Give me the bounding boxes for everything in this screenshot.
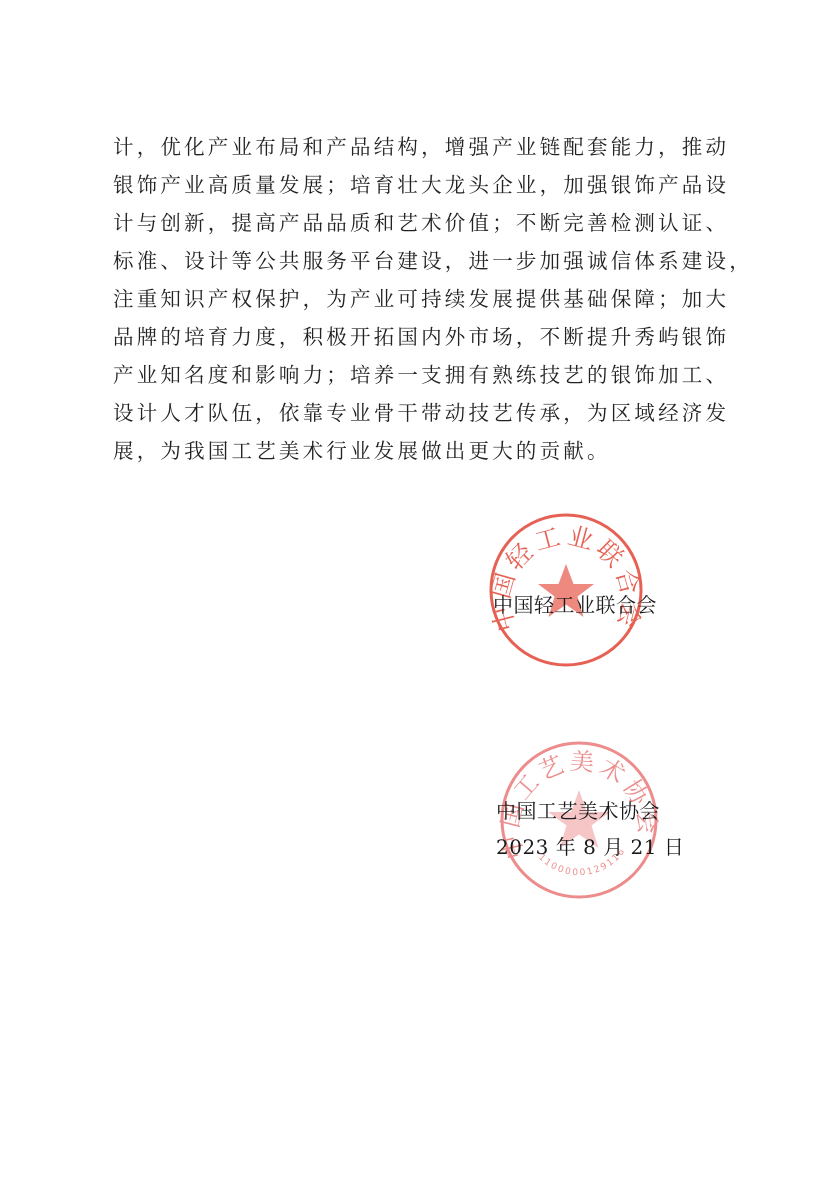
paragraph-line: 计，优化产业布局和产品结构，增强产业链配套能力，推动 — [113, 128, 733, 166]
document-page: 计，优化产业布局和产品结构，增强产业链配套能力，推动 银饰产业高质量发展；培育壮… — [0, 0, 837, 1189]
signature-block-1: 中国轻工业联合会 — [493, 592, 657, 618]
paragraph-line: 计与创新，提高产品品质和艺术价值；不断完善检测认证、 — [113, 204, 733, 242]
paragraph-line: 品牌的培育力度，积极开拓国内外市场，不断提升秀屿银饰 — [113, 318, 733, 356]
signing-date: 2023 年 8 月 21 日 — [496, 834, 684, 860]
paragraph-line: 注重知识产权保护，为产业可持续发展提供基础保障；加大 — [113, 280, 733, 318]
paragraph-line: 标准、设计等公共服务平台建设，进一步加强诚信体系建设， — [113, 242, 733, 280]
paragraph-line: 展，为我国工艺美术行业发展做出更大的贡献。 — [113, 432, 733, 470]
official-seal-light-industry: 中国轻工业联合会 — [488, 512, 644, 668]
signature-block-2: 中国工艺美术协会 2023 年 8 月 21 日 — [496, 798, 684, 860]
paragraph-line: 银饰产业高质量发展；培育壮大龙头企业，加强银饰产品设 — [113, 166, 733, 204]
body-paragraph: 计，优化产业布局和产品结构，增强产业链配套能力，推动 银饰产业高质量发展；培育壮… — [113, 128, 733, 470]
paragraph-line: 设计人才队伍，依靠专业骨干带动技艺传承，为区域经济发 — [113, 394, 733, 432]
signing-organization: 中国工艺美术协会 — [496, 798, 684, 824]
paragraph-line: 产业知名度和影响力；培养一支拥有熟练技艺的银饰加工、 — [113, 356, 733, 394]
signing-organization: 中国轻工业联合会 — [493, 592, 657, 618]
